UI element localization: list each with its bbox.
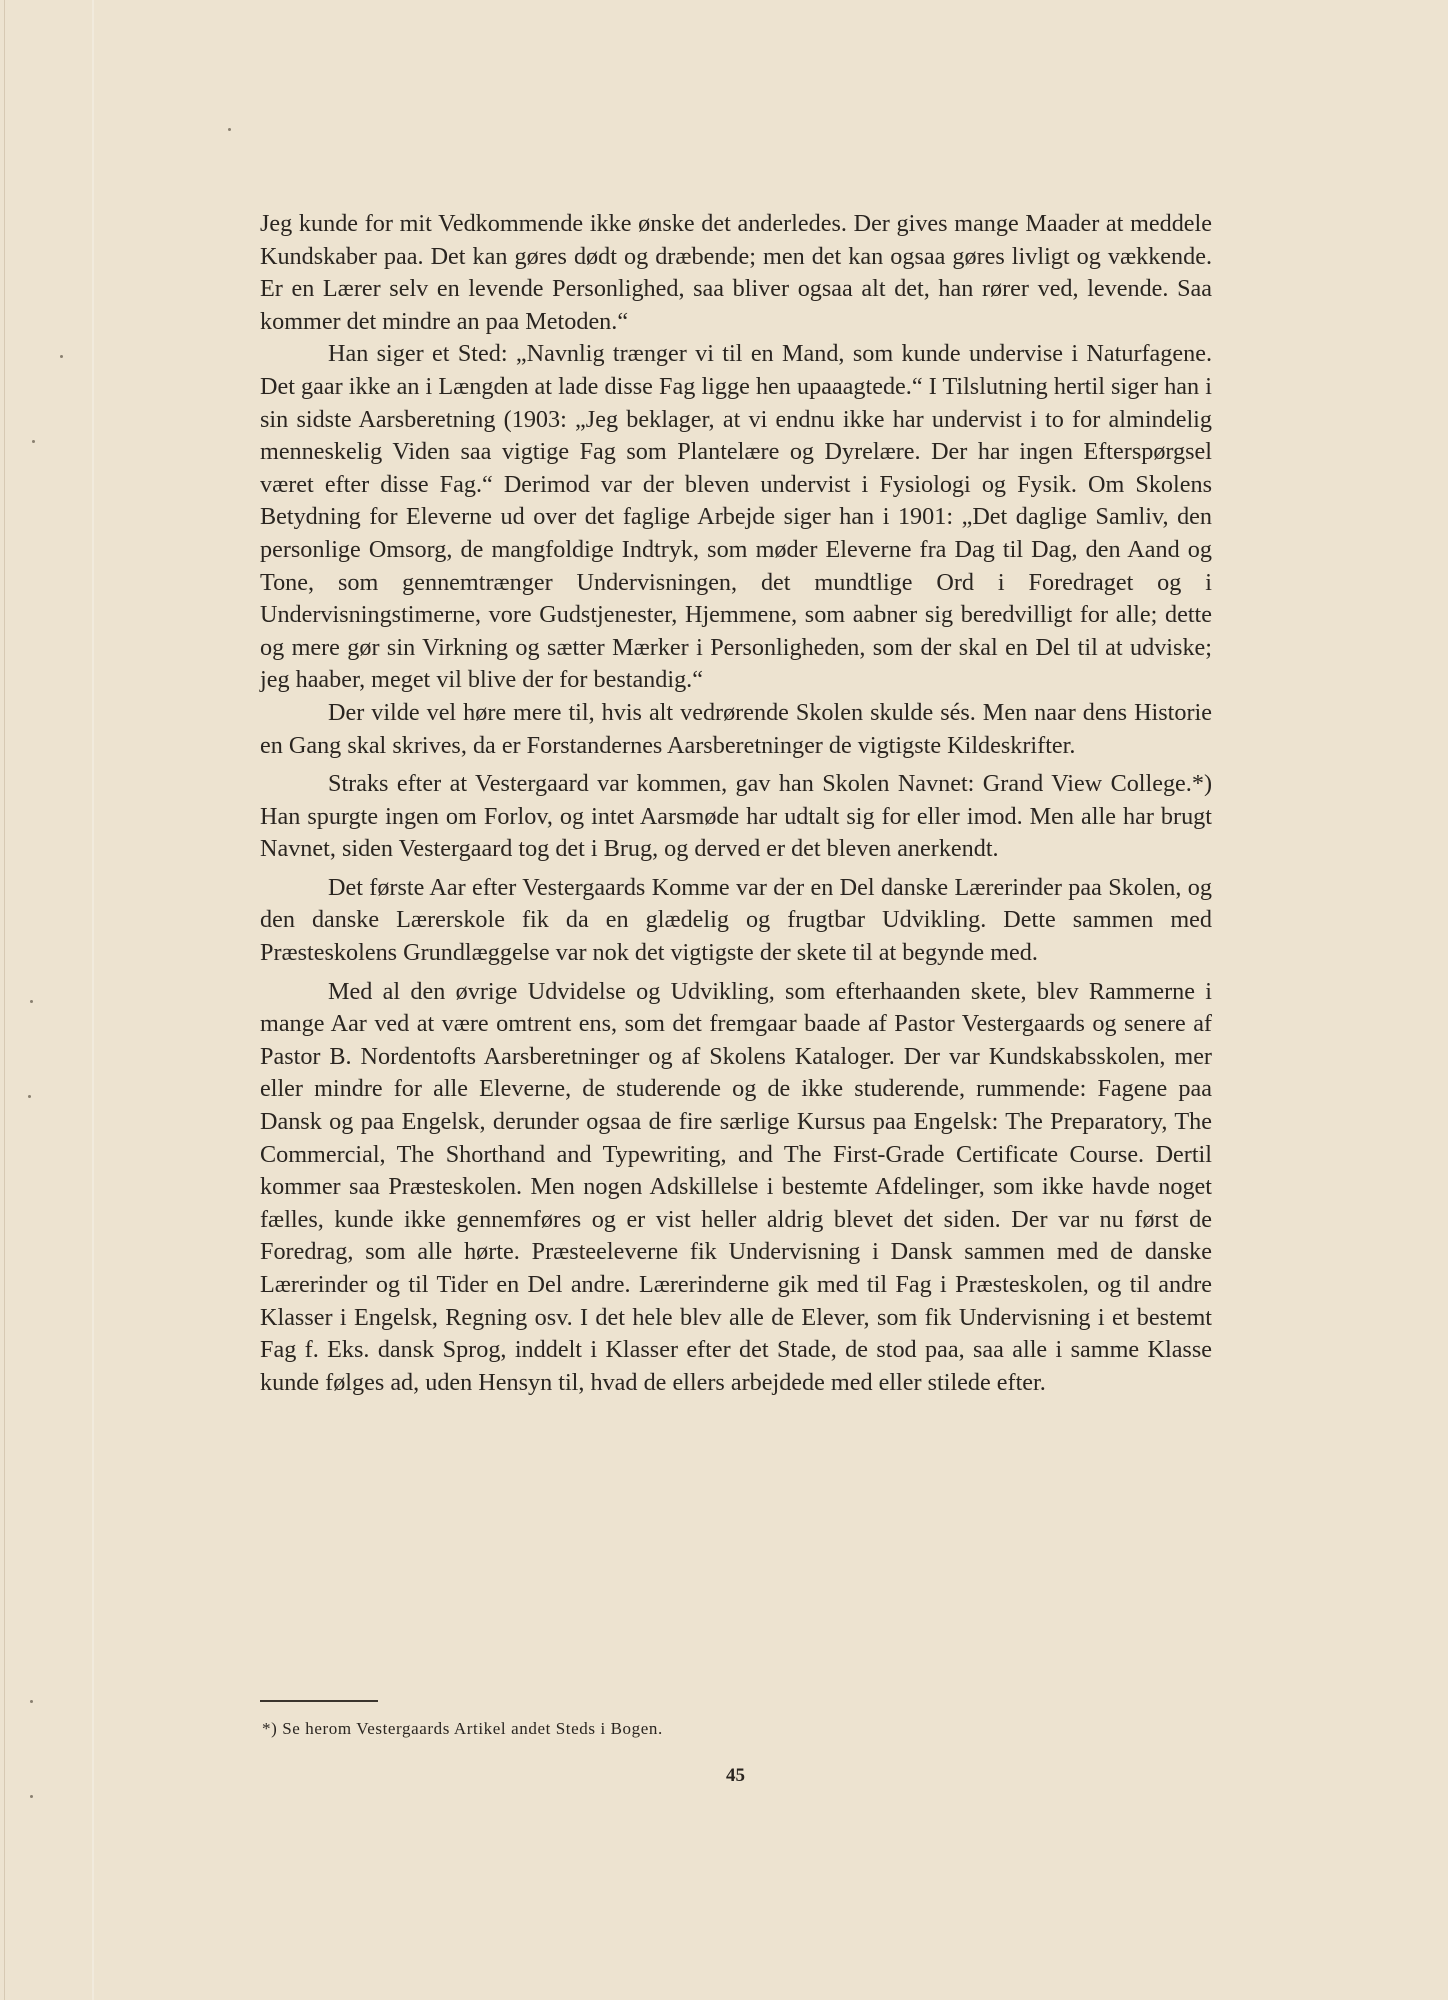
paragraph: Jeg kunde for mit Vedkommende ikke ønske… (260, 208, 1212, 338)
footnote-divider (260, 1700, 378, 1702)
paragraph: Det første Aar efter Vestergaards Komme … (260, 872, 1212, 970)
paper-speck (30, 1795, 33, 1798)
page-number: 45 (726, 1765, 745, 1787)
paper-speck (30, 1700, 33, 1703)
paper-speck (32, 440, 35, 443)
paragraph: Der vilde vel høre mere til, hvis alt ve… (260, 697, 1212, 762)
paper-speck (28, 1095, 31, 1098)
paper-speck (60, 355, 63, 358)
paragraph: Han siger et Sted: „Navnlig trænger vi t… (260, 338, 1212, 697)
paper-speck (30, 1000, 33, 1003)
paper-speck (228, 128, 231, 131)
paragraph: Med al den øvrige Udvidelse og Udvikling… (260, 976, 1212, 1400)
footnote: *) Se herom Vestergaards Artikel andet S… (262, 1719, 663, 1739)
body-text: Jeg kunde for mit Vedkommende ikke ønske… (260, 208, 1212, 1399)
paragraph: Straks efter at Vestergaard var kommen, … (260, 768, 1212, 866)
page-fold (92, 0, 94, 2000)
page-edge (4, 0, 5, 2000)
